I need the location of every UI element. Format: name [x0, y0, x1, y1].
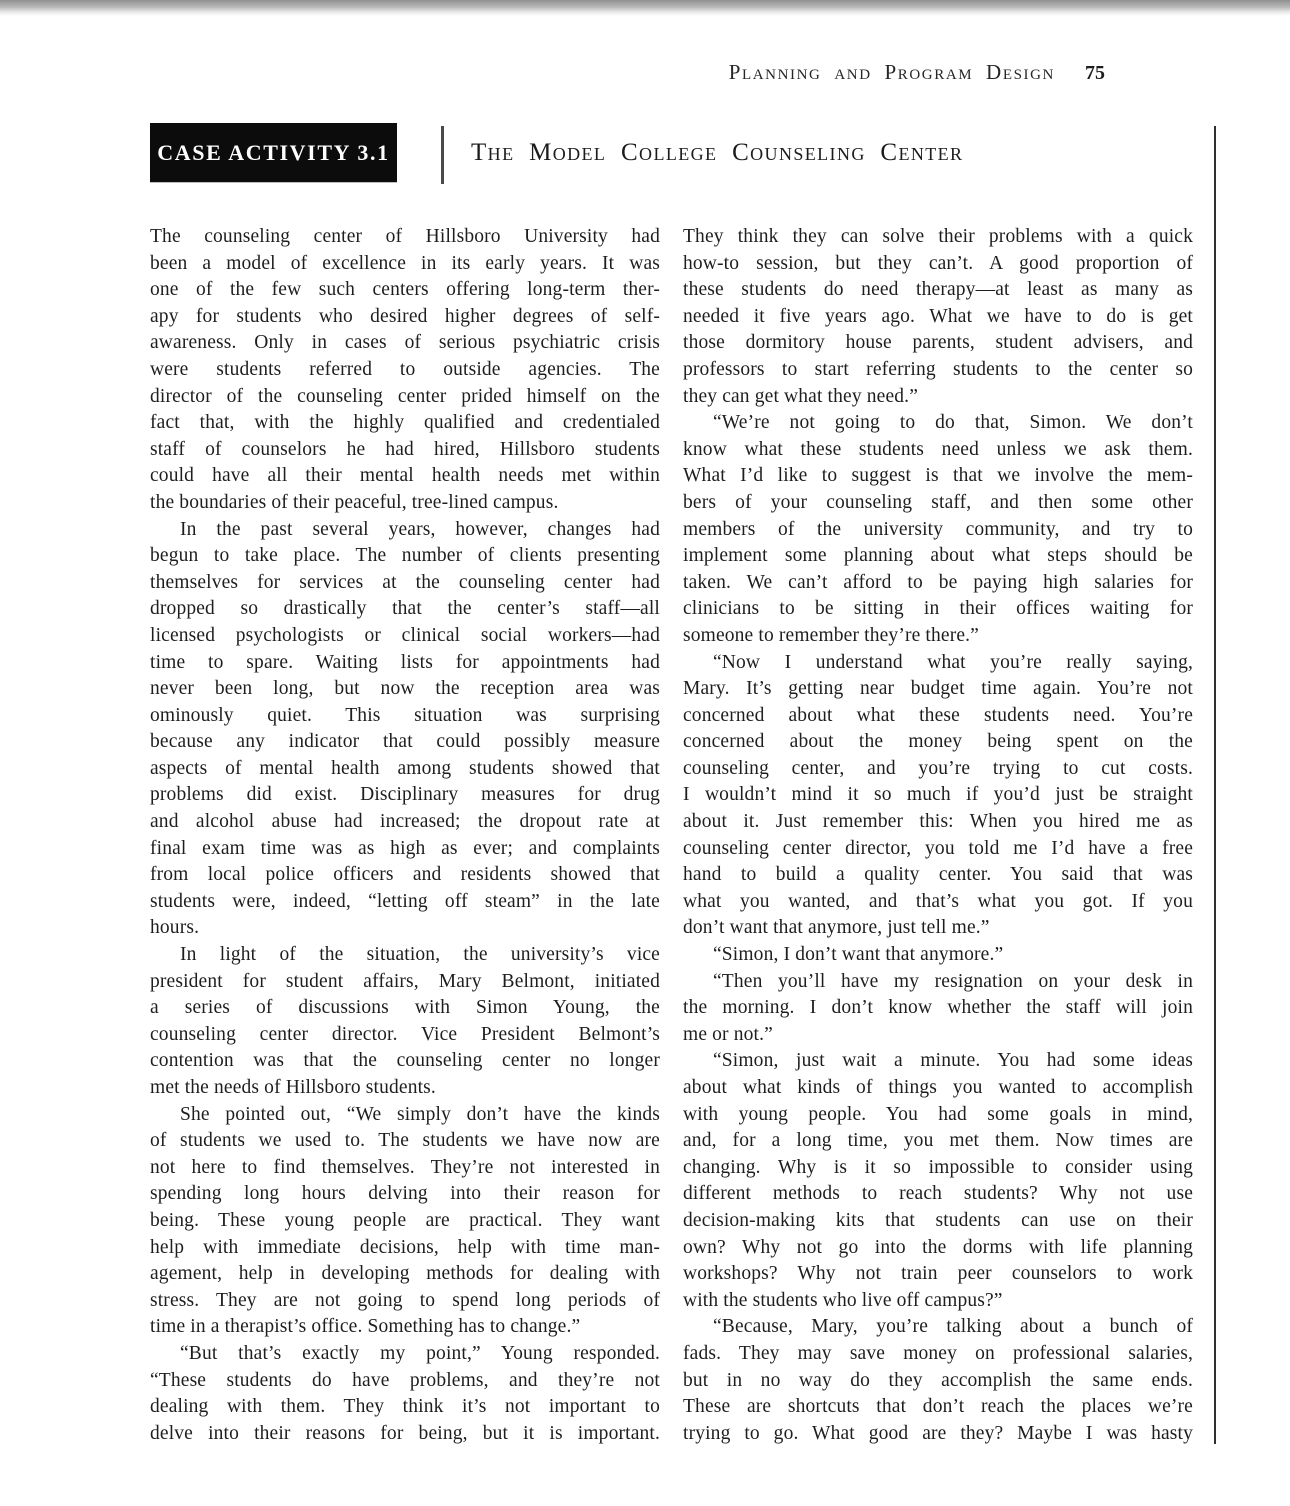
text-line: could have all their mental health needs… [150, 463, 660, 490]
text-line: these students do need therapy—at least … [683, 277, 1193, 304]
text-line: I wouldn’t mind it so much if you’d just… [683, 782, 1193, 809]
column-right: They think they can solve their problems… [683, 224, 1193, 1447]
text-line: delve into their reasons for being, but … [150, 1421, 660, 1448]
text-line: know what these students need unless we … [683, 437, 1193, 464]
text-line: fact that, with the highly qualified and… [150, 410, 660, 437]
text-line: don’t want that anymore, just tell me.” [683, 915, 1193, 942]
text-line: met the needs of Hillsboro students. [150, 1075, 660, 1102]
paragraph: “Simon, just wait a minute. You had some… [683, 1048, 1193, 1314]
text-line: She pointed out, “We simply don’t have t… [150, 1102, 660, 1129]
text-line: apy for students who desired higher degr… [150, 304, 660, 331]
paragraph: In the past several years, however, chan… [150, 517, 660, 943]
text-line: These are shortcuts that don’t reach the… [683, 1394, 1193, 1421]
text-line: spending long hours delving into their r… [150, 1181, 660, 1208]
text-line: the morning. I don’t know whether the st… [683, 995, 1193, 1022]
text-line: implement some planning about what steps… [683, 543, 1193, 570]
text-line: begun to take place. The number of clien… [150, 543, 660, 570]
text-line: fads. They may save money on professiona… [683, 1341, 1193, 1368]
text-line: problems did exist. Disciplinary measure… [150, 782, 660, 809]
text-line: different methods to reach students? Why… [683, 1181, 1193, 1208]
text-line: changing. Why is it so impossible to con… [683, 1155, 1193, 1182]
text-line: time to spare. Waiting lists for appoint… [150, 650, 660, 677]
text-line: counseling center director. Vice Preside… [150, 1022, 660, 1049]
text-line: final exam time was as high as ever; and… [150, 836, 660, 863]
text-line: how-to session, but they can’t. A good p… [683, 251, 1193, 278]
text-line: members of the university community, and… [683, 517, 1193, 544]
text-line: what you wanted, and that’s what you got… [683, 889, 1193, 916]
text-line: “Now I understand what you’re really say… [683, 650, 1193, 677]
text-line: me or not.” [683, 1022, 1193, 1049]
case-activity-box: CASE ACTIVITY 3.1 [150, 123, 397, 182]
paragraph: They think they can solve their problems… [683, 224, 1193, 410]
text-line: counseling center, and you’re trying to … [683, 756, 1193, 783]
text-line: professors to start referring students t… [683, 357, 1193, 384]
text-line: In the past several years, however, chan… [150, 517, 660, 544]
text-line: director of the counseling center prided… [150, 384, 660, 411]
text-line: themselves for services at the counselin… [150, 570, 660, 597]
text-line: “Because, Mary, you’re talking about a b… [683, 1314, 1193, 1341]
text-line: from local police officers and residents… [150, 862, 660, 889]
text-line: needed it five years ago. What we have t… [683, 304, 1193, 331]
text-line: “Simon, I don’t want that anymore.” [683, 942, 1193, 969]
paragraph: “Then you’ll have my resignation on your… [683, 969, 1193, 1049]
paragraph: The counseling center of Hillsboro Unive… [150, 224, 660, 517]
text-line: president for student affairs, Mary Belm… [150, 969, 660, 996]
running-title: Planning and Program Design [729, 60, 1055, 85]
text-line: aspects of mental health among students … [150, 756, 660, 783]
text-line: those dormitory house parents, student a… [683, 330, 1193, 357]
text-line: staff of counselors he had hired, Hillsb… [150, 437, 660, 464]
text-line: trying to go. What good are they? Maybe … [683, 1421, 1193, 1448]
text-line: and alcohol abuse had increased; the dro… [150, 809, 660, 836]
page-number: 75 [1085, 62, 1105, 85]
paragraph: She pointed out, “We simply don’t have t… [150, 1102, 660, 1341]
text-line: “Then you’ll have my resignation on your… [683, 969, 1193, 996]
text-line: with young people. You had some goals in… [683, 1102, 1193, 1129]
text-line: ominously quiet. This situation was surp… [150, 703, 660, 730]
text-line: with the students who live off campus?” [683, 1288, 1193, 1315]
text-line: clinicians to be sitting in their office… [683, 596, 1193, 623]
text-line: counseling center director, you told me … [683, 836, 1193, 863]
running-header: Planning and Program Design 75 [729, 60, 1105, 85]
text-line: “These students do have problems, and th… [150, 1368, 660, 1395]
text-line: dealing with them. They think it’s not i… [150, 1394, 660, 1421]
text-line: hours. [150, 915, 660, 942]
text-line: about what kinds of things you wanted to… [683, 1075, 1193, 1102]
paragraph: “But that’s exactly my point,” Young res… [150, 1341, 660, 1447]
text-line: own? Why not go into the dorms with life… [683, 1235, 1193, 1262]
text-line: being. These young people are practical.… [150, 1208, 660, 1235]
text-line: a series of discussions with Simon Young… [150, 995, 660, 1022]
vertical-divider [441, 126, 444, 184]
text-line: taken. We can’t afford to be paying high… [683, 570, 1193, 597]
text-line: awareness. Only in cases of serious psyc… [150, 330, 660, 357]
text-line: stress. They are not going to spend long… [150, 1288, 660, 1315]
text-line: time in a therapist’s office. Something … [150, 1314, 660, 1341]
case-title: The Model College Counseling Center [471, 123, 963, 182]
text-line: “But that’s exactly my point,” Young res… [150, 1341, 660, 1368]
text-line: workshops? Why not train peer counselors… [683, 1261, 1193, 1288]
text-line: The counseling center of Hillsboro Unive… [150, 224, 660, 251]
paragraph: “Simon, I don’t want that anymore.” [683, 942, 1193, 969]
text-line: concerned about what these students need… [683, 703, 1193, 730]
text-line: licensed psychologists or clinical socia… [150, 623, 660, 650]
text-line: agement, help in developing methods for … [150, 1261, 660, 1288]
text-line: someone to remember they’re there.” [683, 623, 1193, 650]
text-line: Mary. It’s getting near budget time agai… [683, 676, 1193, 703]
page-edge-shadow [0, 0, 1290, 16]
paragraph: “Because, Mary, you’re talking about a b… [683, 1314, 1193, 1447]
text-line: they can get what they need.” [683, 384, 1193, 411]
text-line: dropped so drastically that the center’s… [150, 596, 660, 623]
text-line: students were, indeed, “letting off stea… [150, 889, 660, 916]
text-line: never been long, but now the reception a… [150, 676, 660, 703]
paragraph: “We’re not going to do that, Simon. We d… [683, 410, 1193, 649]
paragraph: In light of the situation, the universit… [150, 942, 660, 1102]
text-line: What I’d like to suggest is that we invo… [683, 463, 1193, 490]
text-line: “Simon, just wait a minute. You had some… [683, 1048, 1193, 1075]
text-line: hand to build a quality center. You said… [683, 862, 1193, 889]
text-line: decision-making kits that students can u… [683, 1208, 1193, 1235]
text-line: but in no way do they accomplish the sam… [683, 1368, 1193, 1395]
text-line: contention was that the counseling cente… [150, 1048, 660, 1075]
column-left: The counseling center of Hillsboro Unive… [150, 224, 660, 1447]
text-line: were students referred to outside agenci… [150, 357, 660, 384]
text-line: “We’re not going to do that, Simon. We d… [683, 410, 1193, 437]
text-line: concerned about the money being spent on… [683, 729, 1193, 756]
text-line: the boundaries of their peaceful, tree-l… [150, 490, 660, 517]
text-line: They think they can solve their problems… [683, 224, 1193, 251]
book-page: Planning and Program Design 75 CASE ACTI… [0, 0, 1290, 1506]
text-line: bers of your counseling staff, and then … [683, 490, 1193, 517]
margin-rule [1214, 126, 1216, 1444]
paragraph: “Now I understand what you’re really say… [683, 650, 1193, 943]
case-activity-label: CASE ACTIVITY 3.1 [157, 140, 389, 166]
text-line: not here to find themselves. They’re not… [150, 1155, 660, 1182]
text-line: about it. Just remember this: When you h… [683, 809, 1193, 836]
text-columns: The counseling center of Hillsboro Unive… [150, 224, 1193, 1447]
text-line: and, for a long time, you met them. Now … [683, 1128, 1193, 1155]
text-line: one of the few such centers offering lon… [150, 277, 660, 304]
text-line: help with immediate decisions, help with… [150, 1235, 660, 1262]
text-line: In light of the situation, the universit… [150, 942, 660, 969]
text-line: been a model of excellence in its early … [150, 251, 660, 278]
text-line: because any indicator that could possibl… [150, 729, 660, 756]
text-line: of students we used to. The students we … [150, 1128, 660, 1155]
